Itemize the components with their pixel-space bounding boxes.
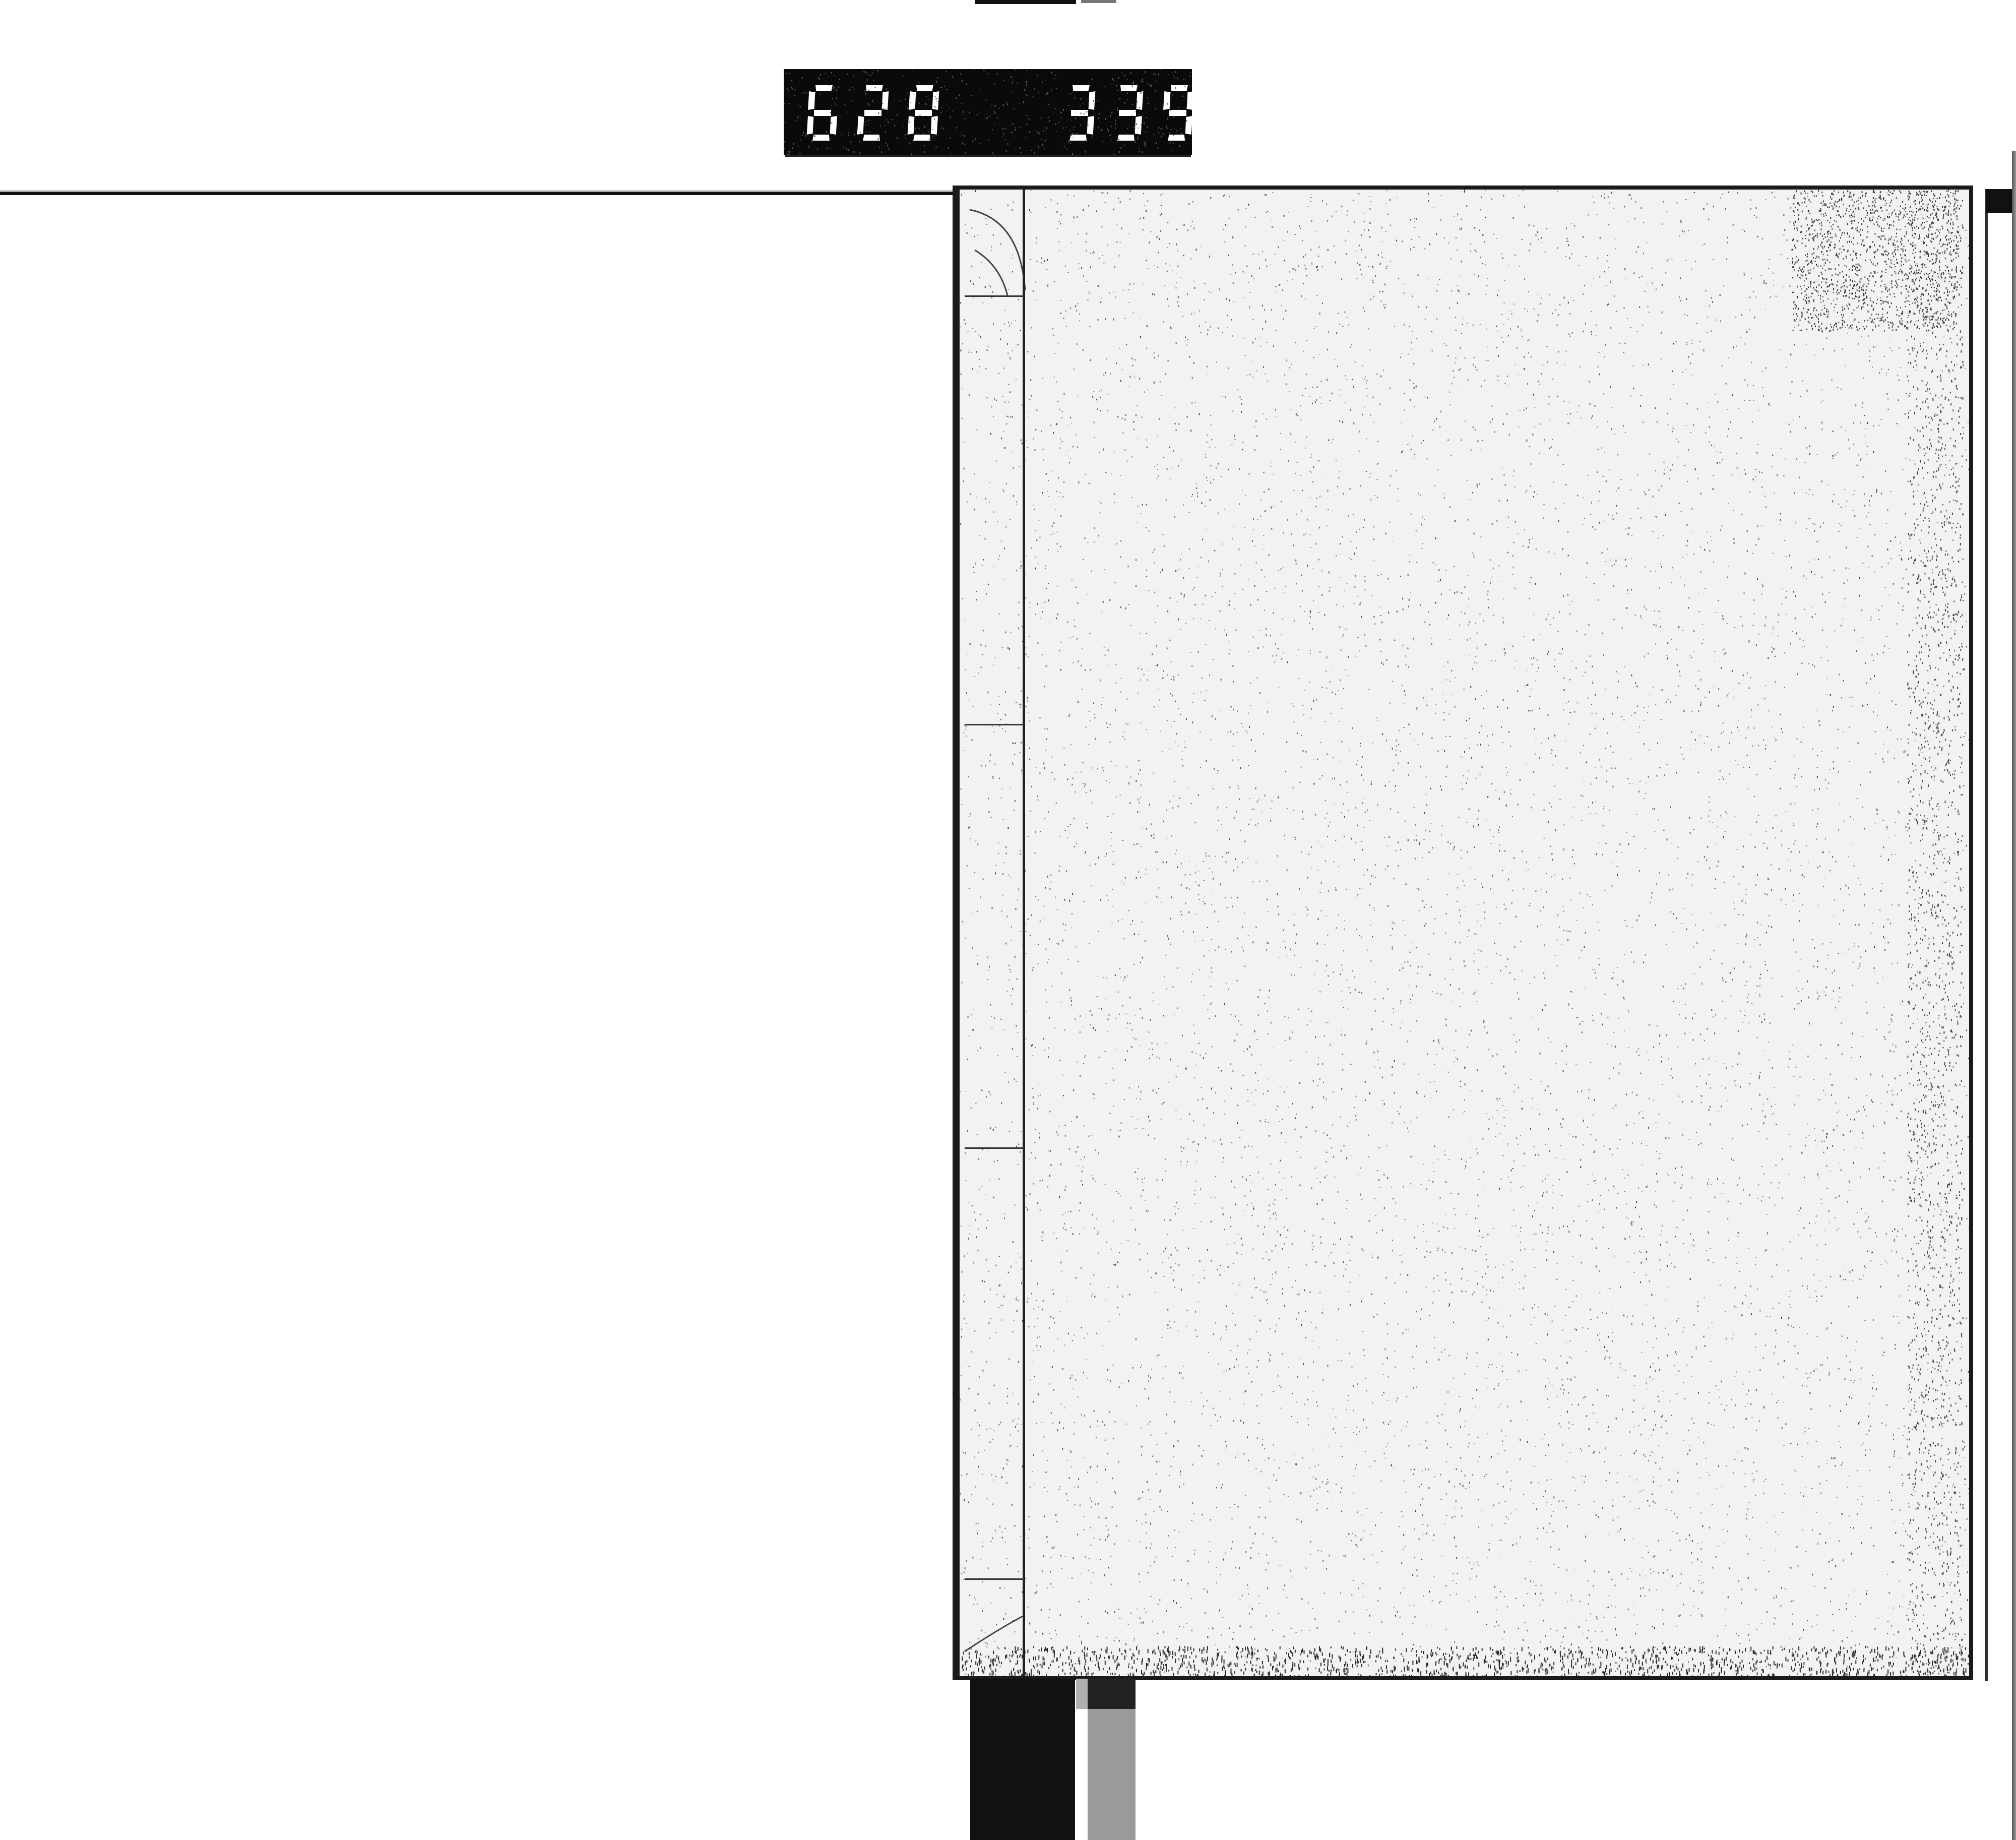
binding-stitch xyxy=(965,295,1024,297)
cover-fold-line xyxy=(975,250,1007,295)
paper-texture xyxy=(960,190,1969,1676)
seven-segment-digit xyxy=(1069,85,1095,141)
book-cover xyxy=(953,186,1973,1680)
top-edge-shadow xyxy=(975,0,1076,4)
seven-segment-digits xyxy=(784,69,1192,155)
binding-stitch xyxy=(965,724,1024,725)
seven-segment-digit xyxy=(807,85,837,141)
spine-binding-line xyxy=(1023,190,1025,1676)
cover-fold-line xyxy=(965,1616,1023,1651)
seven-segment-digit xyxy=(908,85,939,141)
microfilm-frame: 628 339. xyxy=(0,0,2016,1840)
book-right-edge xyxy=(1985,189,1988,1681)
bottom-dark-strip xyxy=(970,1679,1075,1840)
film-edge-line xyxy=(0,191,955,195)
bottom-grey-strip xyxy=(1088,1679,1136,1840)
binding-stitch xyxy=(965,1147,1024,1149)
frame-counter-display: 628 339. xyxy=(784,69,1192,155)
right-dark-bar xyxy=(1986,189,2016,213)
seven-segment-digit xyxy=(1117,85,1143,141)
top-edge-shadow-light xyxy=(1081,0,1116,3)
binding-stitch xyxy=(965,1578,1024,1580)
seven-segment-digit xyxy=(1163,85,1192,141)
frame-right-edge xyxy=(2012,151,2016,1840)
cover-fold-line xyxy=(970,210,1025,290)
seven-segment-digit xyxy=(857,85,889,141)
bottom-grey-gap xyxy=(1076,1679,1089,1709)
